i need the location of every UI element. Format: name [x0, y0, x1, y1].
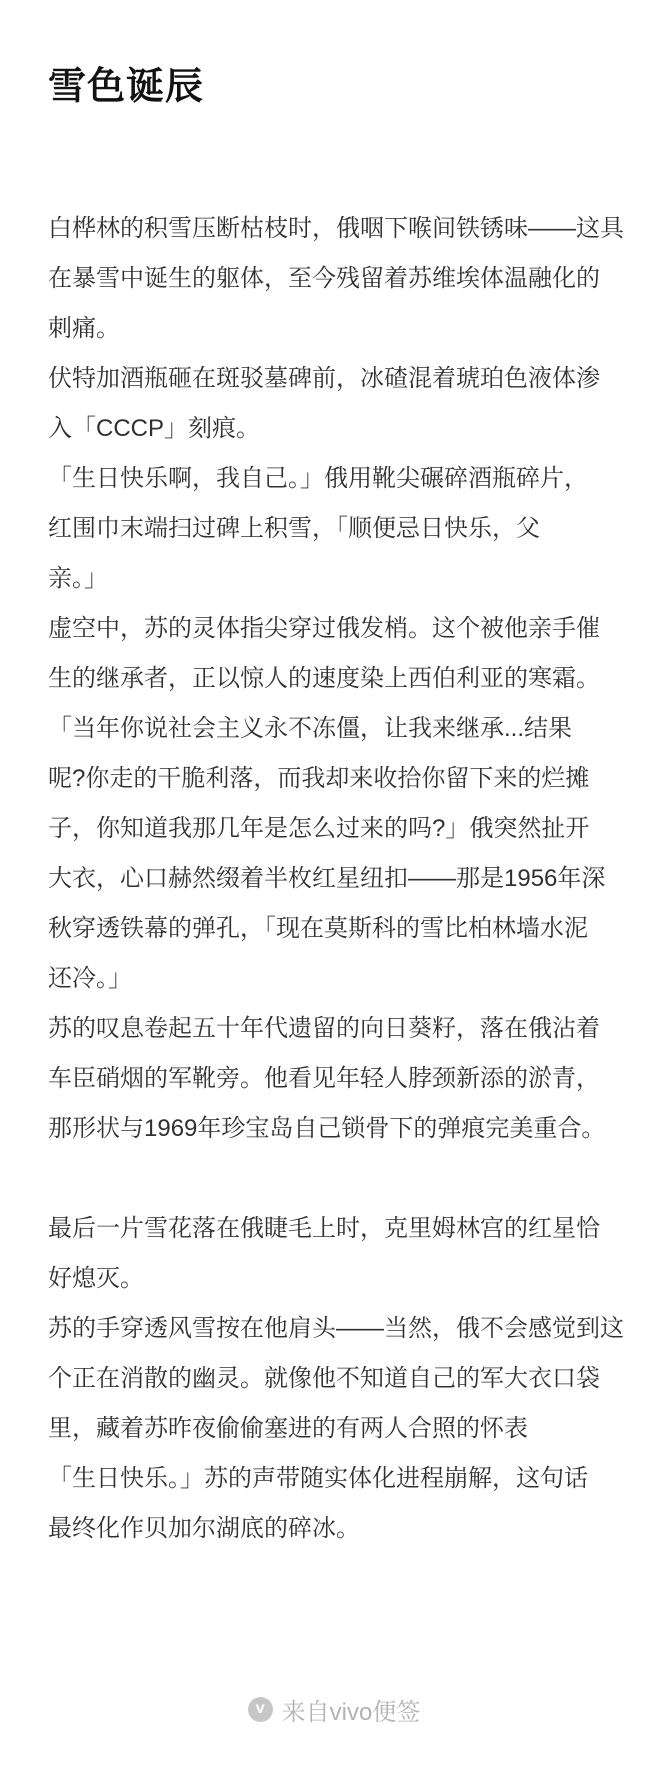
- note-text-line: 苏的叹息卷起五十年代遗留的向日葵籽，落在俄沾着: [48, 1004, 626, 1054]
- note-text-line: 在暴雪中诞生的躯体，至今残留着苏维埃体温融化的: [48, 254, 626, 304]
- note-text-line: 那形状与1969年珍宝岛自己锁骨下的弹痕完美重合。: [48, 1104, 626, 1154]
- note-text-line: 最后一片雪花落在俄睫毛上时，克里姆林宫的红星恰: [48, 1204, 626, 1254]
- note-text-line: 红围巾末端扫过碑上积雪，「顺便忌日快乐，父: [48, 504, 626, 554]
- note-text-line: 生的继承者，正以惊人的速度染上西伯利亚的寒霜。: [48, 654, 626, 704]
- note-text-line: 「当年你说社会主义永不冻僵，让我来继承...结果: [48, 704, 626, 754]
- note-share-card: 雪色诞辰 白桦林的积雪压断枯枝时，俄咽下喉间铁锈味——这具 在暴雪中诞生的躯体，…: [0, 0, 668, 1769]
- note-text-line: 子，你知道我那几年是怎么过来的吗?」俄突然扯开: [48, 804, 626, 854]
- note-text-line: 苏的手穿透风雪按在他肩头——当然，俄不会感觉到这: [48, 1304, 626, 1354]
- footer-source-label: 来自vivo便签: [282, 1692, 421, 1727]
- note-body: 白桦林的积雪压断枯枝时，俄咽下喉间铁锈味——这具 在暴雪中诞生的躯体，至今残留着…: [48, 204, 626, 1554]
- note-text-line: 虚空中，苏的灵体指尖穿过俄发梢。这个被他亲手催: [48, 604, 626, 654]
- note-text-line: 秋穿透铁幕的弹孔，「现在莫斯科的雪比柏林墙水泥: [48, 904, 626, 954]
- footer-attribution: v 来自vivo便签: [0, 1694, 668, 1724]
- note-text-line: 个正在消散的幽灵。就像他不知道自己的军大衣口袋: [48, 1354, 626, 1404]
- note-text-line: 好熄灭。: [48, 1254, 626, 1304]
- note-text-line: 「生日快乐。」苏的声带随实体化进程崩解，这句话: [48, 1454, 626, 1504]
- note-text-line: 车臣硝烟的军靴旁。他看见年轻人脖颈新添的淤青，: [48, 1054, 626, 1104]
- note-text-line: 还冷。」: [48, 954, 626, 1004]
- note-text-line: 最终化作贝加尔湖底的碎冰。: [48, 1504, 626, 1554]
- note-title: 雪色诞辰: [48, 64, 204, 110]
- note-text-line: 白桦林的积雪压断枯枝时，俄咽下喉间铁锈味——这具: [48, 204, 626, 254]
- note-text-line: 入「CCCP」刻痕。: [48, 404, 626, 454]
- note-text-line: [48, 1154, 626, 1204]
- note-text-line: 「生日快乐啊，我自己。」俄用靴尖碾碎酒瓶碎片，: [48, 454, 626, 504]
- note-text-line: 里，藏着苏昨夜偷偷塞进的有两人合照的怀表: [48, 1404, 626, 1454]
- note-text-line: 亲。」: [48, 554, 626, 604]
- note-text-line: 刺痛。: [48, 304, 626, 354]
- note-text-line: 伏特加酒瓶砸在斑驳墓碑前，冰碴混着琥珀色液体渗: [48, 354, 626, 404]
- note-text-line: 大衣，心口赫然缀着半枚红星纽扣——那是1956年深: [48, 854, 626, 904]
- note-text-line: 呢?你走的干脆利落，而我却来收拾你留下来的烂摊: [48, 754, 626, 804]
- vivo-logo-icon: v: [248, 1697, 273, 1722]
